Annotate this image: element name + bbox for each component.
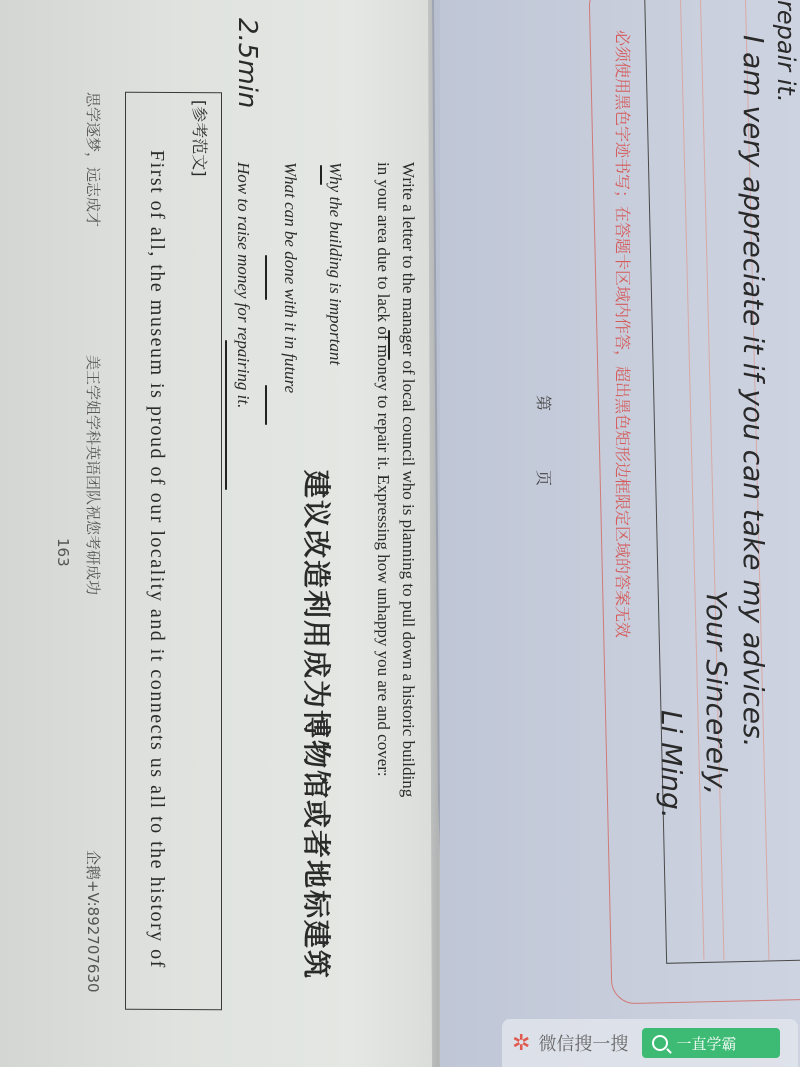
wechat-search-watermark: ✲ 微信搜一搜 一直学霸 (502, 1019, 798, 1067)
pen-underline (265, 255, 267, 300)
page-label: 第 (533, 395, 556, 411)
prompt-line-2: in your area due to lack of money to rep… (373, 162, 393, 777)
handwritten-signature: Li Ming. (655, 710, 688, 819)
page-label-suffix: 页 (533, 470, 556, 486)
handwritten-closing: Your Sincerely, (700, 590, 733, 795)
answer-area-frame (644, 0, 800, 964)
footer-center: 美王学姐学科英语团队祝您考研成功 (83, 355, 104, 595)
search-button-label: 一直学霸 (676, 1033, 736, 1054)
handwritten-margin-note: 2.5min (232, 18, 262, 108)
point-3: How to raise money for repairing it. (233, 162, 253, 408)
watermark-label: 微信搜一搜 (538, 1030, 628, 1056)
red-notice: 必须使用黑色字迹书写；在答题卡区域内作答，超出黑色矩形边框限定区域的答案无效 (612, 30, 635, 638)
search-icon (652, 1035, 668, 1051)
footer-left: 思学逐梦，远志成才 (83, 92, 104, 227)
footer-right: 企鹅+V:892707630 (83, 850, 104, 993)
point-1: Why the building is important (325, 162, 345, 365)
wechat-search-logo-icon: ✲ (512, 1031, 530, 1056)
prompt-line-1: Write a letter to the manager of local c… (398, 162, 418, 797)
pen-underline (320, 165, 322, 185)
pen-underline (225, 340, 227, 490)
reference-text: First of all, the museum is proud of our… (145, 150, 168, 969)
reference-box (125, 92, 222, 1011)
point-2: What can be done with it in future (280, 162, 300, 393)
handwritten-line-1: I am very appreciate it if you can take … (737, 35, 770, 748)
reference-heading: [参考范文] (189, 100, 212, 177)
pen-underline (265, 385, 267, 425)
handwritten-chinese-note: 建议改造利用成为博物馆或者地标建筑 (298, 470, 338, 980)
search-button[interactable]: 一直学霸 (642, 1028, 780, 1058)
page-number: 163 (54, 538, 72, 567)
pen-underline (388, 330, 390, 360)
handwritten-top-fragment: repair it. (772, 0, 800, 102)
